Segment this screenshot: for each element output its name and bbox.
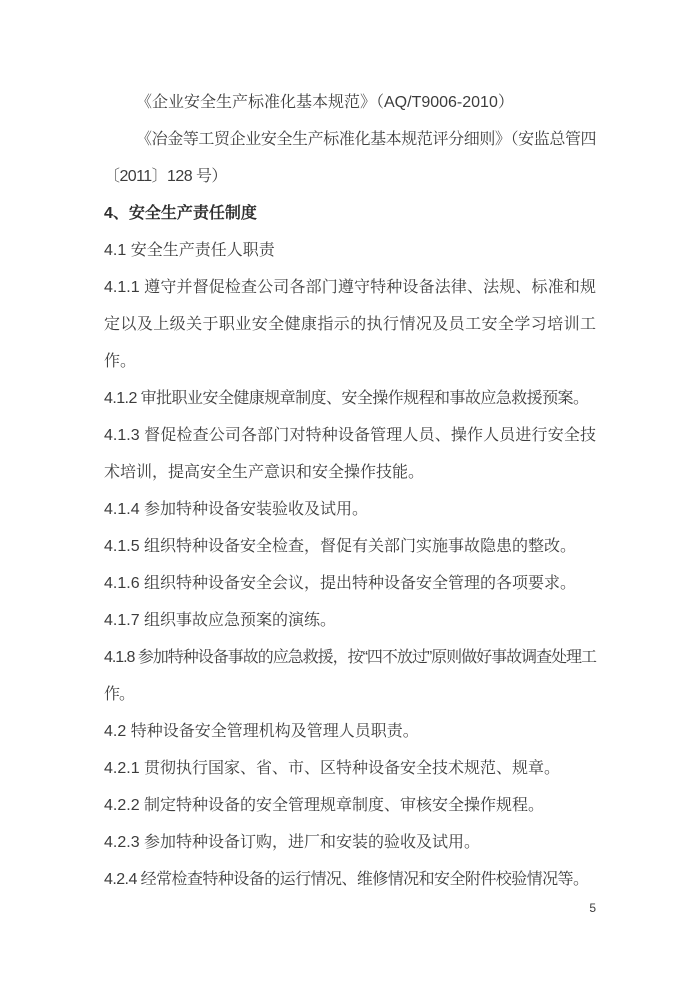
paragraph-4-1-7: 4.1.7 组织事故应急预案的演练。 [104, 602, 596, 639]
paragraph-4-1-6: 4.1.6 组织特种设备安全会议，提出特种设备安全管理的各项要求。 [104, 565, 596, 602]
paragraph-4-1-1: 4.1.1 遵守并督促检查公司各部门遵守特种设备法律、法规、标准和规定以及上级关… [104, 269, 596, 380]
paragraph-reference-aqt9006: 《企业安全生产标准化基本规范》（AQ/T9006-2010） [104, 84, 596, 121]
paragraph-4-1-4: 4.1.4 参加特种设备安装验收及试用。 [104, 491, 596, 528]
paragraph-4-2-4: 4.2.4 经常检查特种设备的运行情况、维修情况和安全附件校验情况等。 [104, 861, 596, 898]
paragraph-4-2-3: 4.2.3 参加特种设备订购，进厂和安装的验收及试用。 [104, 824, 596, 861]
paragraph-4-2: 4.2 特种设备安全管理机构及管理人员职责。 [104, 713, 596, 750]
paragraph-4-1-3: 4.1.3 督促检查公司各部门对特种设备管理人员、操作人员进行安全技术培训，提高… [104, 417, 596, 491]
paragraph-4-1: 4.1 安全生产责任人职责 [104, 232, 596, 269]
paragraph-4-1-8: 4.1.8 参加特种设备事故的应急救援，按“四不放过”原则做好事故调查处理工作。 [104, 639, 596, 713]
paragraph-reference-yejin: 《冶金等工贸企业安全生产标准化基本规范评分细则》（安监总管四〔2011〕128 … [104, 121, 596, 195]
paragraph-4-2-2: 4.2.2 制定特种设备的安全管理规章制度、审核安全操作规程。 [104, 787, 596, 824]
document-page: 《企业安全生产标准化基本规范》（AQ/T9006-2010） 《冶金等工贸企业安… [0, 0, 700, 990]
paragraph-4-1-5: 4.1.5 组织特种设备安全检查，督促有关部门实施事故隐患的整改。 [104, 528, 596, 565]
paragraph-4-1-2: 4.1.2 审批职业安全健康规章制度、安全操作规程和事故应急救援预案。 [104, 380, 596, 417]
paragraph-4-2-1: 4.2.1 贯彻执行国家、省、市、区特种设备安全技术规范、规章。 [104, 750, 596, 787]
section-heading-4: 4、安全生产责任制度 [104, 195, 596, 232]
page-number: 5 [589, 900, 596, 916]
document-body: 《企业安全生产标准化基本规范》（AQ/T9006-2010） 《冶金等工贸企业安… [104, 84, 596, 898]
